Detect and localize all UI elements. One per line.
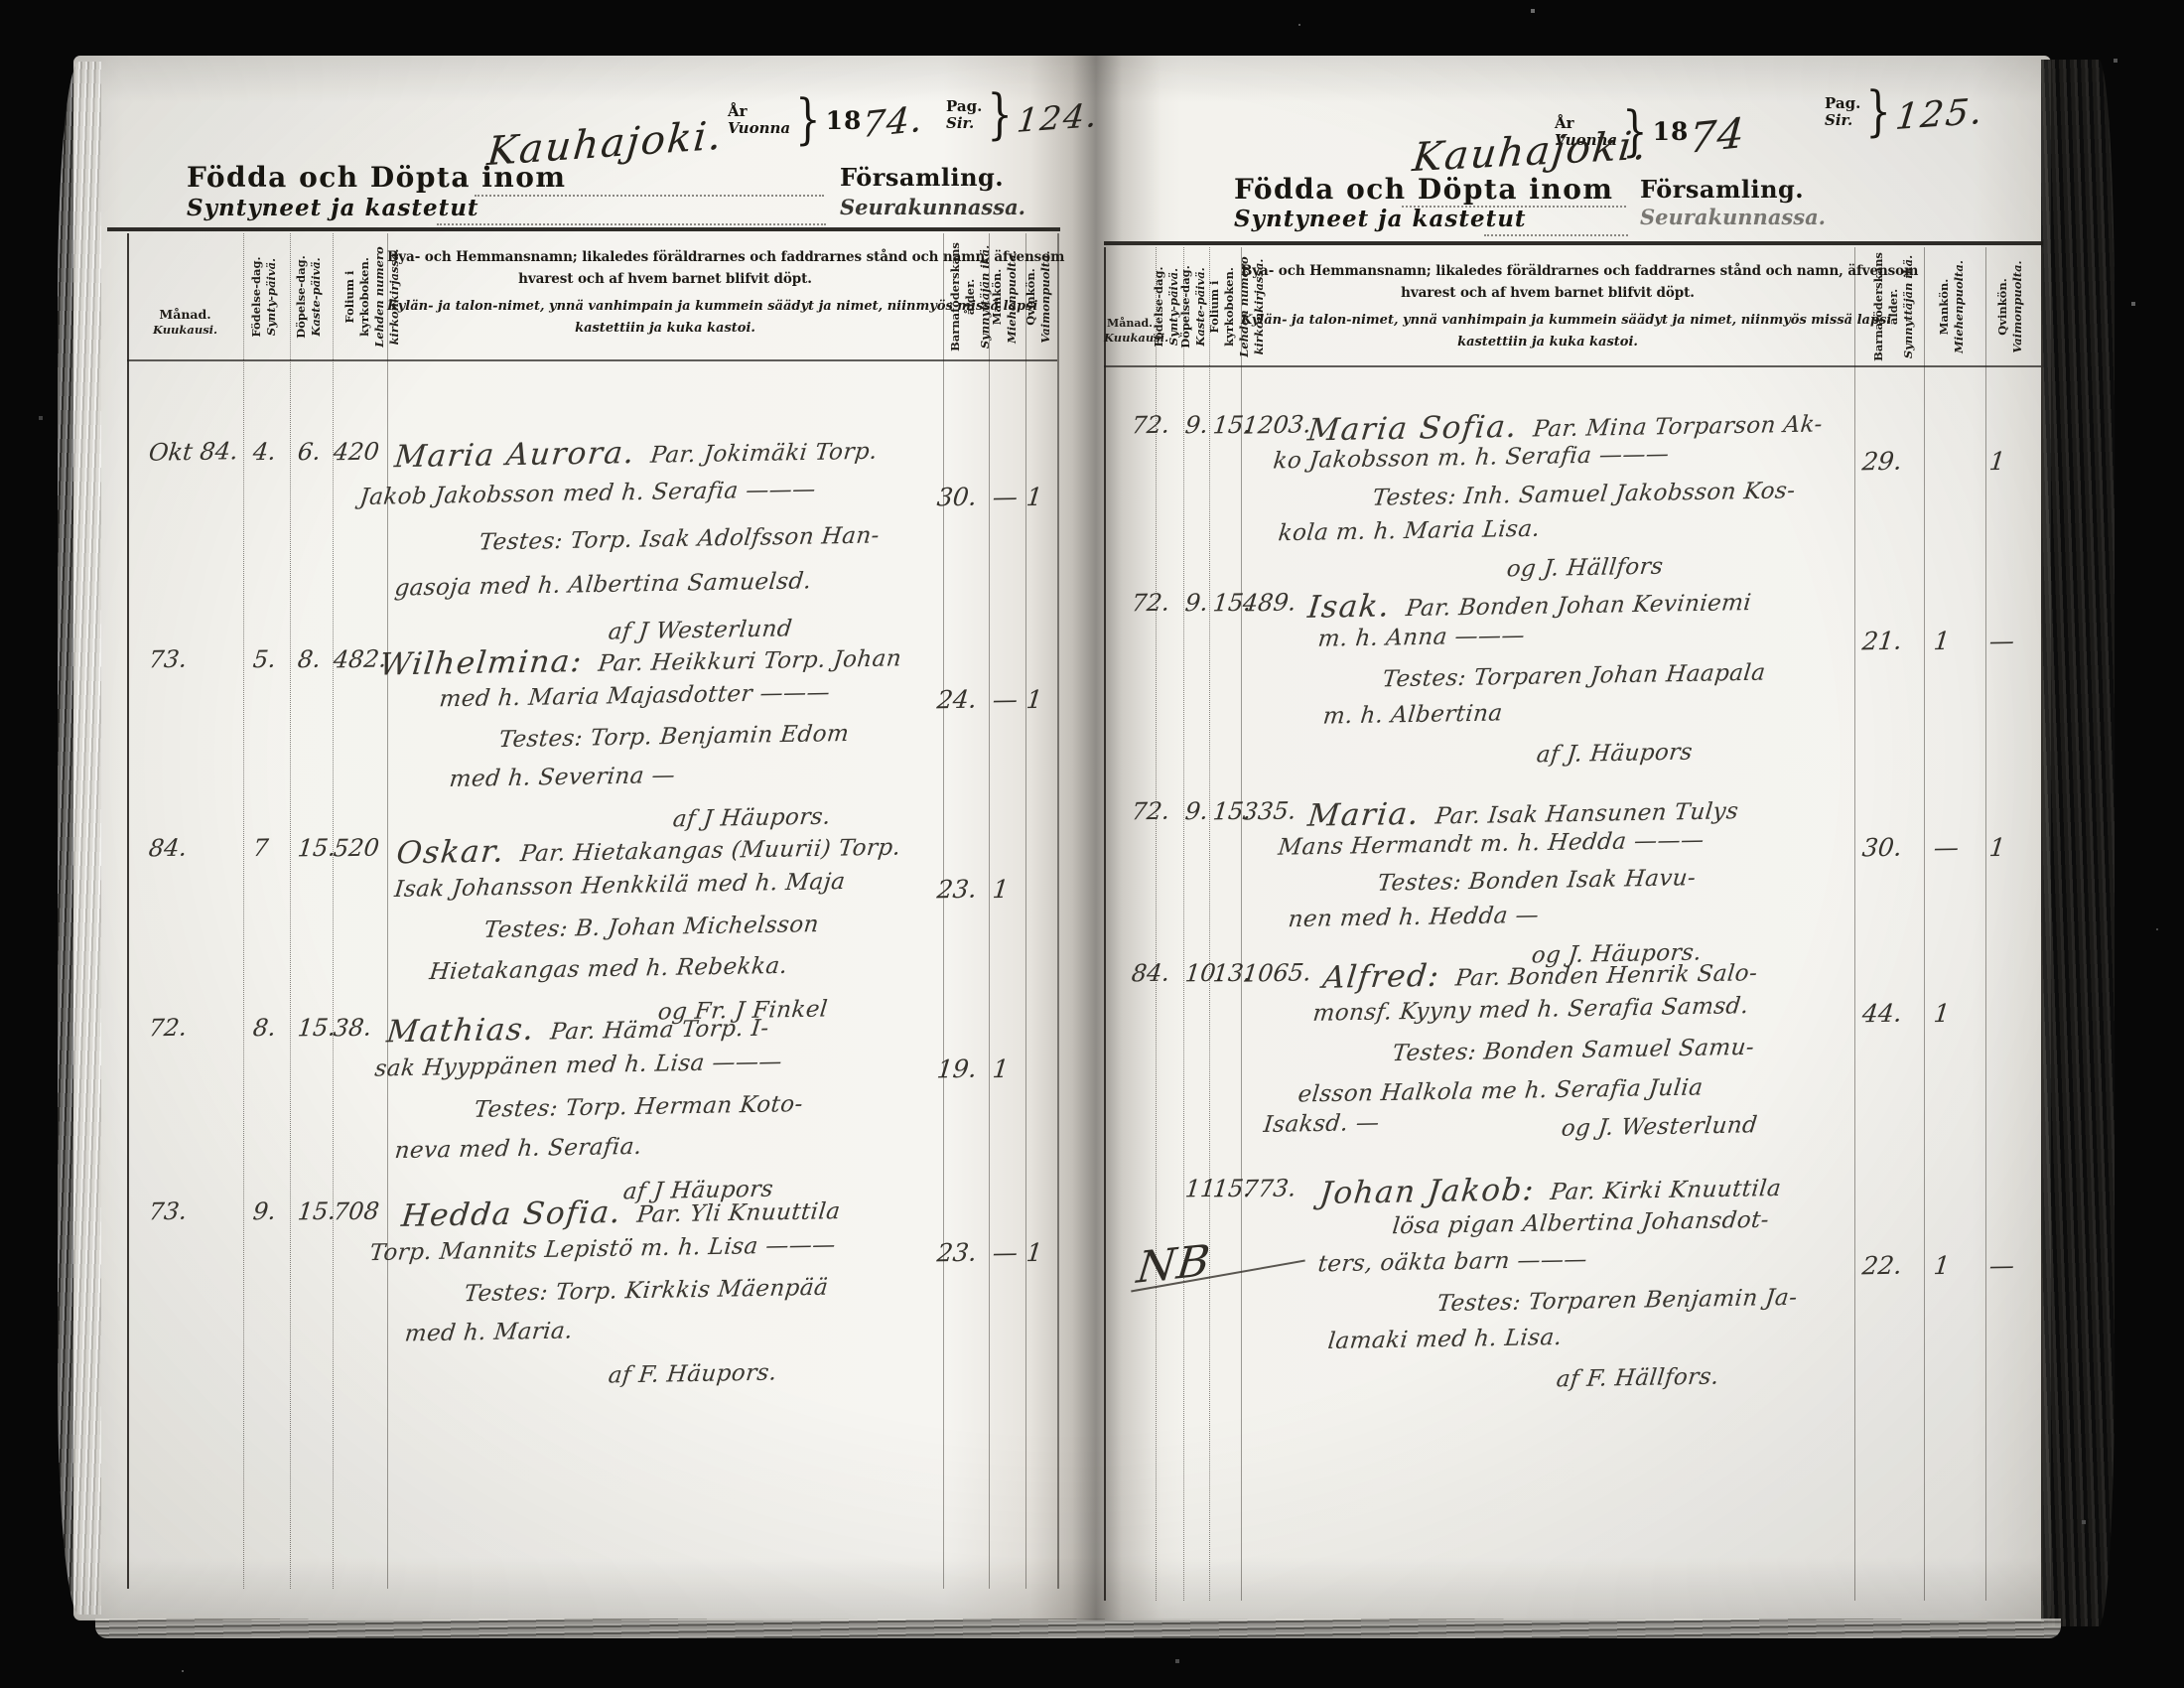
table-column-line: [290, 233, 291, 1589]
book-scan: ÅrVuonna } 18 74. Pag.Sir. } 124. Födda …: [0, 0, 2184, 1688]
entry-text-line: Alfred:Par. Bonden Henrik Salo-: [1321, 952, 1760, 996]
mother-age-value: 23.: [935, 1238, 978, 1268]
table-column-line: [1985, 247, 1986, 1601]
mother-age-value: 29.: [1860, 447, 1903, 477]
table-column-line: [1854, 247, 1855, 1601]
entry-month: 84.: [147, 834, 188, 863]
entry-folium: 708: [332, 1197, 380, 1226]
col-header-mother-age: Barnaföderskans ålder.Synnyttäjän ikä.: [1871, 242, 1907, 371]
entry-month: 72.: [147, 1014, 188, 1043]
entry-folium: 520: [332, 834, 380, 863]
entry-birth-day: 9.: [1184, 589, 1210, 617]
year-brace: }: [795, 89, 820, 151]
entry-text: Par. Heikkuri Torp. Johan: [597, 645, 902, 676]
col-header-baptism-day-sv: Döpelse-dag.: [1178, 242, 1193, 371]
male-mark: —: [991, 483, 1019, 511]
mother-age-value: 30.: [1860, 833, 1903, 863]
entry-text-line: m. h. Albertina: [1321, 700, 1503, 729]
entry-text: Par. Mina Torparson Ak-: [1532, 411, 1824, 442]
entry-baptism-day: 8.: [297, 645, 323, 673]
col-header-male-sv: Mankön.: [1937, 242, 1952, 371]
entry-folium: 1065.: [1241, 958, 1312, 987]
page-label-fi: Sir.: [1825, 112, 1860, 129]
table-column-line: [2041, 247, 2043, 1601]
entry-text-line: med h. Severina —: [448, 763, 676, 792]
entry-folium: 420: [332, 438, 380, 467]
table-column-line: [943, 233, 944, 1589]
col-header-baptism-day-fi: Kaste-päivä.: [1193, 242, 1208, 371]
book-bottom-edge: [95, 1618, 2061, 1638]
col-header-birth-day: Födelse-dag.Synty-päivä.: [249, 232, 285, 361]
mother-age-value: 44.: [1860, 999, 1903, 1029]
male-mark: —: [991, 1238, 1019, 1267]
table-column-line: [243, 233, 244, 1589]
entry-text-line: af F. Häupors.: [607, 1360, 777, 1389]
table-column-line: [127, 233, 129, 1589]
col-header-main: hvarest och af hvem barnet blifvit döpt.: [1241, 285, 1854, 301]
year-label-sv: År: [728, 103, 790, 120]
parish-underline: [437, 223, 826, 225]
year-printed: 18: [1653, 117, 1690, 146]
col-header-folium-sv: Folium i kyrkoboken.: [1207, 242, 1237, 371]
entry-text: Par. Kirki Knuuttila: [1549, 1176, 1782, 1205]
female-mark: 1: [1987, 833, 2006, 862]
table-top-rule: [107, 227, 1060, 231]
parish-suffix-sv: Församling.: [840, 163, 1004, 192]
col-header-folium-fi: Lehden numero kirkonkirjassa.: [1237, 242, 1267, 371]
entry-text: Par. Hietakangas (Muurii) Torp.: [519, 835, 902, 868]
col-header-main: Kylän- ja talon-nimet, ynnä vanhimpain j…: [387, 299, 943, 314]
entry-text-line: ters, oäkta barn ———: [1316, 1247, 1588, 1278]
table-column-line: [1025, 233, 1026, 1589]
col-header-month: Månad.Kuukausi.: [127, 307, 243, 338]
entry-baptism-day: 15.: [296, 1197, 337, 1226]
mother-age-value: 19.: [935, 1055, 978, 1084]
col-header-folium: Folium i kyrkoboken.Lehden numero kirkon…: [342, 232, 378, 361]
entry-text-line: Mathias.Par. Häma Torp. I-: [385, 1008, 771, 1051]
year-handwritten: 74: [1688, 108, 1747, 163]
mother-age-value: 30.: [935, 483, 978, 512]
year-handwritten: 74.: [862, 98, 925, 145]
page-label-sv: Pag.: [946, 98, 982, 115]
male-mark: —: [991, 685, 1019, 714]
table-column-line: [1209, 247, 1210, 1601]
table-column-line: [989, 233, 990, 1589]
mother-age-value: 21.: [1860, 627, 1903, 656]
col-header-month-fi: Kuukausi.: [127, 323, 243, 338]
parish-underline: [475, 195, 824, 197]
col-header-birth-day-sv: Födelse-dag.: [249, 232, 264, 361]
table-column-line: [1183, 247, 1184, 1601]
entry-text-line: neva med h. Serafia.: [393, 1134, 643, 1164]
entry-birth-day: 4.: [252, 438, 278, 466]
entry-month: 73.: [147, 645, 188, 674]
entry-text: Par. Isak Hansunen Tulys: [1433, 798, 1739, 829]
entry-text-line: af F. Hällfors.: [1555, 1364, 1720, 1393]
table-column-line: [1241, 247, 1242, 1601]
col-header-birth-day-fi: Synty-päivä.: [263, 232, 278, 361]
parish-suffix-sv: Församling.: [1640, 175, 1804, 204]
entry-folium: 1203.: [1241, 410, 1312, 439]
male-mark: 1: [991, 1055, 1010, 1083]
mother-age-value: 23.: [935, 875, 978, 905]
table-column-line: [1924, 247, 1925, 1601]
entry-text-line: kola m. h. Maria Lisa.: [1277, 516, 1541, 547]
entry-folium: 38.: [332, 1014, 372, 1043]
register-title-fi: Syntyneet ja kastetut: [1234, 206, 1527, 232]
entry-name: Isak.: [1306, 588, 1393, 625]
entry-text-line: Isaksd. —: [1263, 1110, 1381, 1138]
page-number-block: Pag.Sir. } 125.: [1825, 89, 1983, 135]
col-header-folium-sv: Folium i kyrkoboken.: [342, 232, 372, 361]
entry-birth-day: 8.: [252, 1014, 278, 1042]
male-mark: 1: [991, 875, 1010, 904]
entry-month: Okt 84.: [147, 437, 239, 467]
page-stack-left-edge: [58, 62, 101, 1615]
col-header-baptism-day: Döpelse-dag.Kaste-päivä.: [294, 232, 330, 361]
entry-baptism-day: 6.: [297, 438, 323, 466]
male-mark: 1: [1932, 1251, 1951, 1280]
entry-text-line: og J. Hällfors: [1505, 554, 1664, 583]
col-header-baptism-day-fi: Kaste-päivä.: [308, 232, 323, 361]
col-header-folium: Folium i kyrkoboken.Lehden numero kirkon…: [1207, 242, 1243, 371]
entry-baptism-day: 15.: [296, 1014, 337, 1043]
col-header-main: hvarest och af hvem barnet blifvit döpt.: [387, 271, 943, 287]
entry-name: Maria Aurora.: [393, 435, 637, 475]
entry-name: Alfred:: [1321, 958, 1442, 996]
col-header-male-fi: Miehenpuolta.: [1952, 242, 1967, 371]
entry-text-line: lamaki med h. Lisa.: [1326, 1325, 1563, 1354]
female-mark: —: [1987, 1251, 2015, 1280]
male-mark: —: [1932, 833, 1960, 862]
table-column-line: [333, 233, 334, 1589]
entry-name: Maria.: [1306, 796, 1422, 834]
entry-baptism-day: 15.: [296, 834, 337, 863]
entry-text-line: og J. Westerlund: [1560, 1112, 1758, 1141]
page-brace: }: [1865, 81, 1890, 143]
entry-text-line: med h. Maria.: [403, 1319, 574, 1347]
col-header-female-fi: Vaimonpuolta.: [2010, 242, 2025, 371]
parish-underline: [1484, 234, 1628, 236]
year-block: ÅrVuonna } 18 74.: [728, 97, 927, 143]
entry-text: Par. Bonden Johan Keviniemi: [1405, 590, 1753, 622]
col-header-month-sv: Månad.: [127, 307, 243, 323]
entry-text: Par. Bonden Henrik Salo-: [1454, 960, 1759, 991]
parish-suffix-fi: Seurakunnassa.: [840, 195, 1025, 219]
entry-name: Hedda Sofia.: [400, 1195, 623, 1234]
table-column-line: [387, 233, 388, 1589]
entry-birth-day: 7: [252, 834, 270, 862]
col-header-main: kastettiin ja kuka kastoi.: [387, 321, 943, 336]
page-label-sv: Pag.: [1825, 95, 1860, 112]
entry-text: Par. Häma Torp. I-: [549, 1016, 770, 1046]
page-stack-right-edge: [2041, 60, 2115, 1626]
year-label-fi: Vuonna: [728, 120, 790, 137]
col-header-main: Bya- och Hemmansnamn; likaledes föräldra…: [387, 249, 943, 265]
register-title-fi: Syntyneet ja kastetut: [187, 195, 479, 221]
col-header-main: Kylän- ja talon-nimet, ynnä vanhimpain j…: [1241, 313, 1854, 328]
col-header-female-sv: Qvinkön.: [1995, 242, 2010, 371]
entry-name: Wilhelmina:: [378, 643, 585, 683]
col-header-main: Bya- och Hemmansnamn; likaledes föräldra…: [1241, 263, 1854, 279]
mother-age-value: 22.: [1860, 1251, 1903, 1281]
mother-age-value: 24.: [935, 685, 978, 715]
col-header-main: kastettiin ja kuka kastoi.: [1241, 335, 1854, 350]
entry-text: Par. Jokimäki Torp.: [649, 439, 879, 469]
col-header-mother-age-sv: Barnaföderskans ålder.: [1871, 242, 1901, 371]
col-header-mother-age-fi: Synnyttäjän ikä.: [1901, 242, 1916, 371]
book-fold: [1030, 56, 1161, 1620]
entry-birth-day: 9.: [1184, 411, 1210, 439]
entry-name: Maria Sofia.: [1306, 409, 1520, 449]
dust-specks: [0, 0, 2, 2]
entry-birth-day: 9.: [252, 1197, 278, 1225]
entry-birth-day: 9.: [1184, 797, 1210, 825]
entry-text-line: m. h. Anna ———: [1316, 623, 1526, 652]
col-header-baptism-day-sv: Döpelse-dag.: [294, 232, 309, 361]
male-mark: 1: [1932, 627, 1951, 655]
col-header-female: Qvinkön.Vaimonpuolta.: [1995, 242, 2031, 371]
year-printed: 18: [826, 106, 863, 135]
col-header-male: Mankön.Miehenpuolta.: [1937, 242, 1973, 371]
entry-birth-day: 5.: [252, 645, 278, 673]
page-brace: }: [987, 84, 1012, 146]
entry-name: Johan Jakob:: [1318, 1172, 1537, 1211]
male-mark: 1: [1932, 999, 1951, 1028]
entry-month: 73.: [147, 1197, 188, 1226]
female-mark: 1: [1987, 447, 2006, 476]
entry-folium: 773.: [1241, 1175, 1297, 1203]
entry-text-line: af J. Häupors: [1535, 740, 1694, 769]
entry-folium: 489.: [1241, 589, 1297, 618]
page-number-handwritten: 125.: [1893, 90, 1985, 137]
female-mark: —: [1987, 627, 2015, 655]
page-label-fi: Sir.: [946, 115, 982, 132]
entry-text: Par. Yli Knuuttila: [635, 1198, 841, 1228]
parish-suffix-fi: Seurakunnassa.: [1640, 205, 1826, 229]
entry-name: Oskar.: [395, 834, 507, 872]
entry-name: Mathias.: [385, 1012, 537, 1051]
entry-folium: 335.: [1241, 797, 1297, 826]
entry-text-line: nen med h. Hedda —: [1287, 903, 1540, 932]
